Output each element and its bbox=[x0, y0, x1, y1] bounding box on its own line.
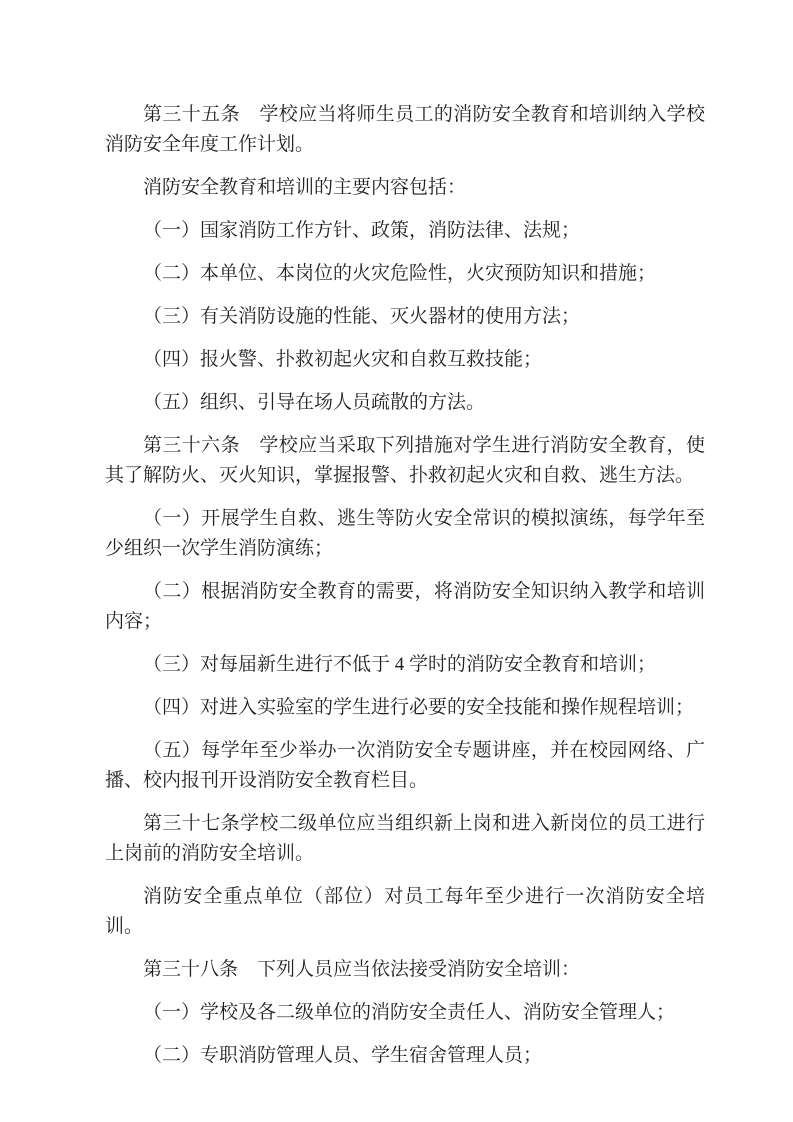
paragraph: 消防安全重点单位（部位）对员工每年至少进行一次消防安全培训。 bbox=[105, 882, 705, 942]
paragraph: （五）组织、引导在场人员疏散的方法。 bbox=[105, 388, 705, 418]
paragraph: （一）学校及各二级单位的消防安全责任人、消防安全管理人； bbox=[105, 998, 705, 1028]
paragraph: （二）本单位、本岗位的火灾危险性，火灾预防知识和措施； bbox=[105, 259, 705, 289]
paragraph: 第三十五条 学校应当将师生员工的消防安全教育和培训纳入学校消防安全年度工作计划。 bbox=[105, 100, 705, 160]
paragraph: （五）每学年至少举办一次消防安全专题讲座，并在校园网络、广播、校内报刊开设消防安… bbox=[105, 736, 705, 796]
paragraph: （一）开展学生自救、逃生等防火安全常识的模拟演练，每学年至少组织一次学生消防演练… bbox=[105, 504, 705, 564]
document-page: 第三十五条 学校应当将师生员工的消防安全教育和培训纳入学校消防安全年度工作计划。… bbox=[0, 0, 793, 1122]
paragraph: （二）根据消防安全教育的需要，将消防安全知识纳入教学和培训内容； bbox=[105, 577, 705, 637]
paragraph: （三）有关消防设施的性能、灭火器材的使用方法； bbox=[105, 302, 705, 332]
paragraph: （四）报火警、扑救初起火灾和自救互救技能； bbox=[105, 345, 705, 375]
paragraph: （二）专职消防管理人员、学生宿舍管理人员； bbox=[105, 1041, 705, 1071]
paragraph: 第三十七条学校二级单位应当组织新上岗和进入新岗位的员工进行上岗前的消防安全培训。 bbox=[105, 809, 705, 869]
paragraph: （一）国家消防工作方针、政策，消防法律、法规； bbox=[105, 216, 705, 246]
paragraph: 第三十八条 下列人员应当依法接受消防安全培训： bbox=[105, 955, 705, 985]
paragraph: （四）对进入实验室的学生进行必要的安全技能和操作规程培训； bbox=[105, 693, 705, 723]
paragraph: （三）对每届新生进行不低于 4 学时的消防安全教育和培训； bbox=[105, 650, 705, 680]
paragraph: 第三十六条 学校应当采取下列措施对学生进行消防安全教育，使其了解防火、灭火知识，… bbox=[105, 431, 705, 491]
document-body: 第三十五条 学校应当将师生员工的消防安全教育和培训纳入学校消防安全年度工作计划。… bbox=[105, 100, 705, 1071]
paragraph: 消防安全教育和培训的主要内容包括： bbox=[105, 173, 705, 203]
